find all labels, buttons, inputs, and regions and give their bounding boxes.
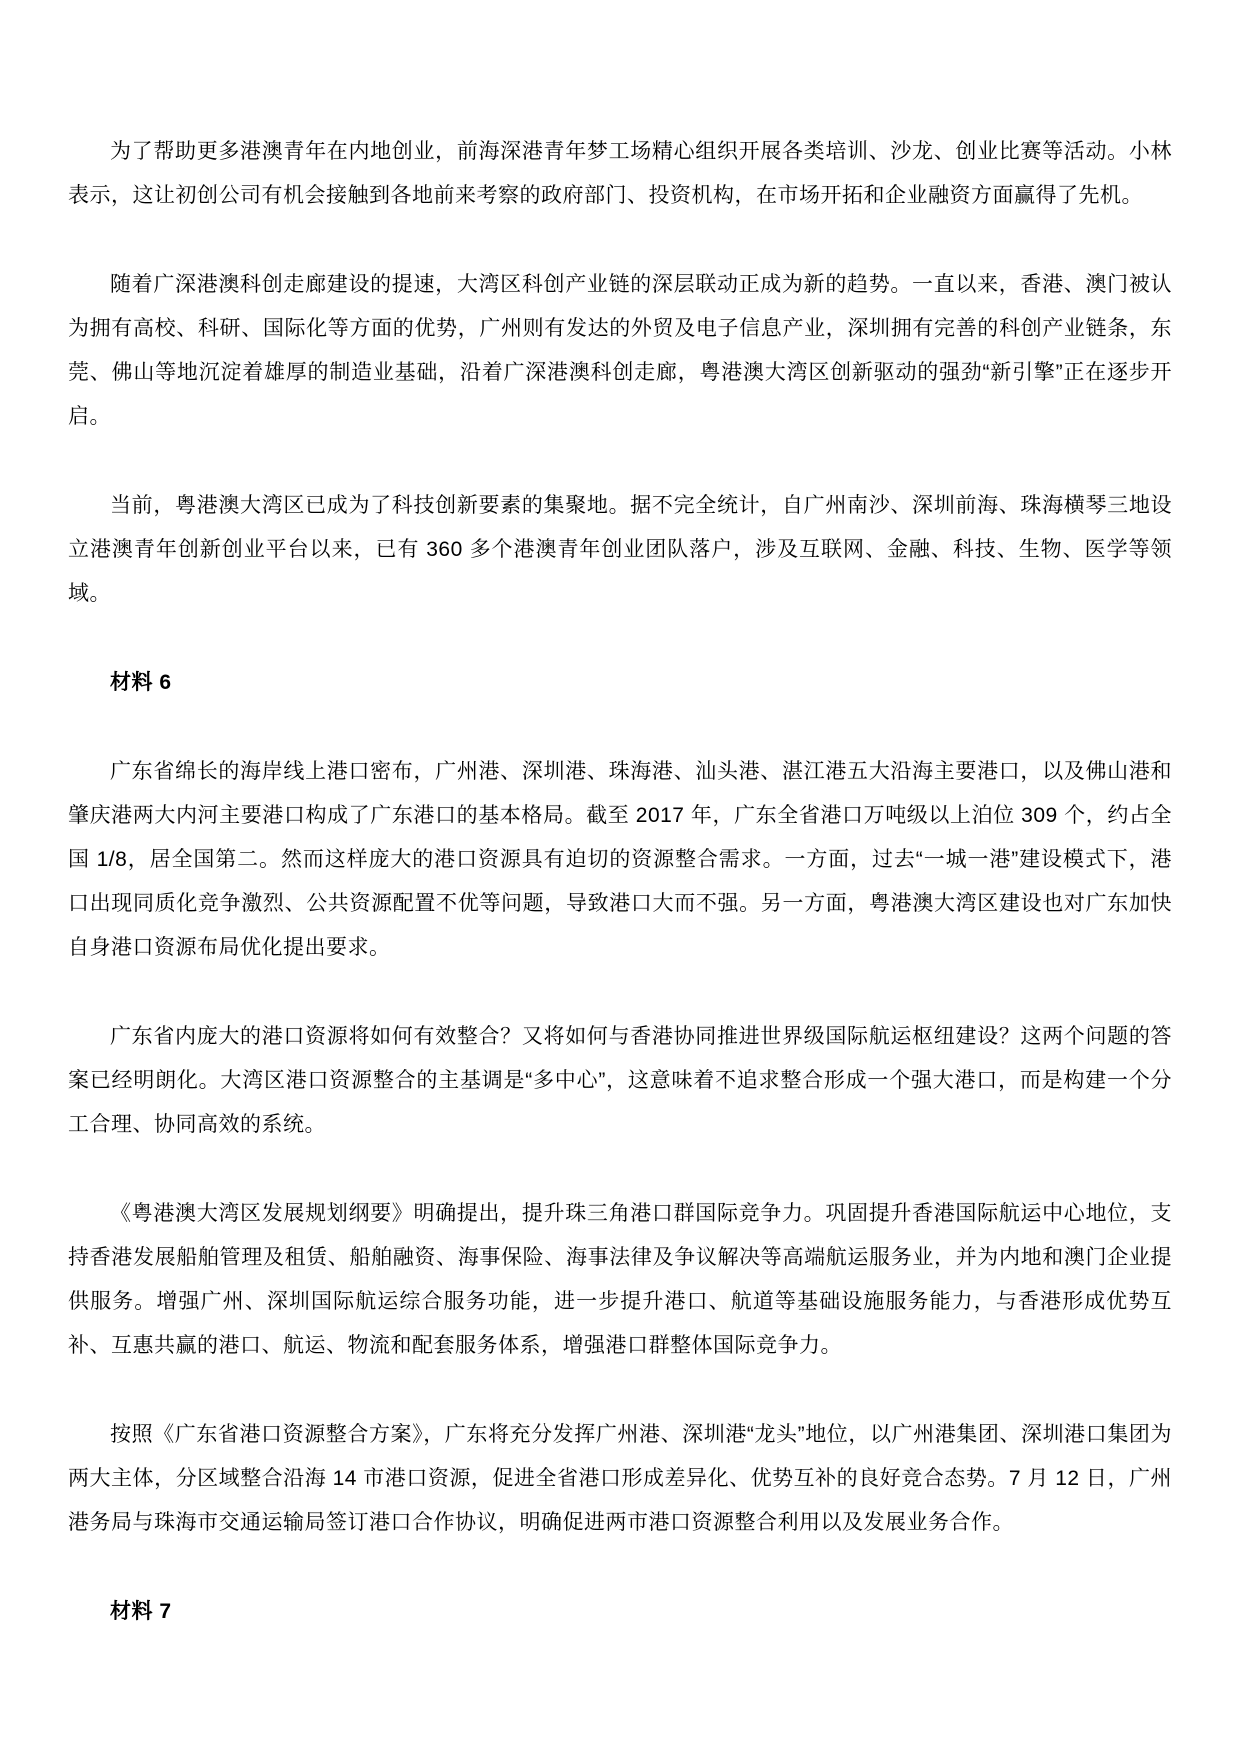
body-paragraph: 广东省内庞大的港口资源将如何有效整合？又将如何与香港协同推进世界级国际航运枢纽建… xyxy=(68,1015,1172,1147)
material-7-heading: 材料 7 xyxy=(68,1590,1172,1634)
document-page: 为了帮助更多港澳青年在内地创业，前海深港青年梦工场精心组织开展各类培训、沙龙、创… xyxy=(0,0,1240,1754)
body-paragraph: 随着广深港澳科创走廊建设的提速，大湾区科创产业链的深层联动正成为新的趋势。一直以… xyxy=(68,263,1172,439)
body-paragraph: 按照《广东省港口资源整合方案》，广东将充分发挥广州港、深圳港“龙头”地位，以广州… xyxy=(68,1413,1172,1545)
material-6-heading: 材料 6 xyxy=(68,661,1172,705)
body-paragraph: 为了帮助更多港澳青年在内地创业，前海深港青年梦工场精心组织开展各类培训、沙龙、创… xyxy=(68,130,1172,218)
body-paragraph: 《粤港澳大湾区发展规划纲要》明确提出，提升珠三角港口群国际竞争力。巩固提升香港国… xyxy=(68,1192,1172,1368)
body-paragraph: 广东省绵长的海岸线上港口密布，广州港、深圳港、珠海港、汕头港、湛江港五大沿海主要… xyxy=(68,750,1172,970)
body-paragraph: 当前，粤港澳大湾区已成为了科技创新要素的集聚地。据不完全统计，自广州南沙、深圳前… xyxy=(68,484,1172,616)
